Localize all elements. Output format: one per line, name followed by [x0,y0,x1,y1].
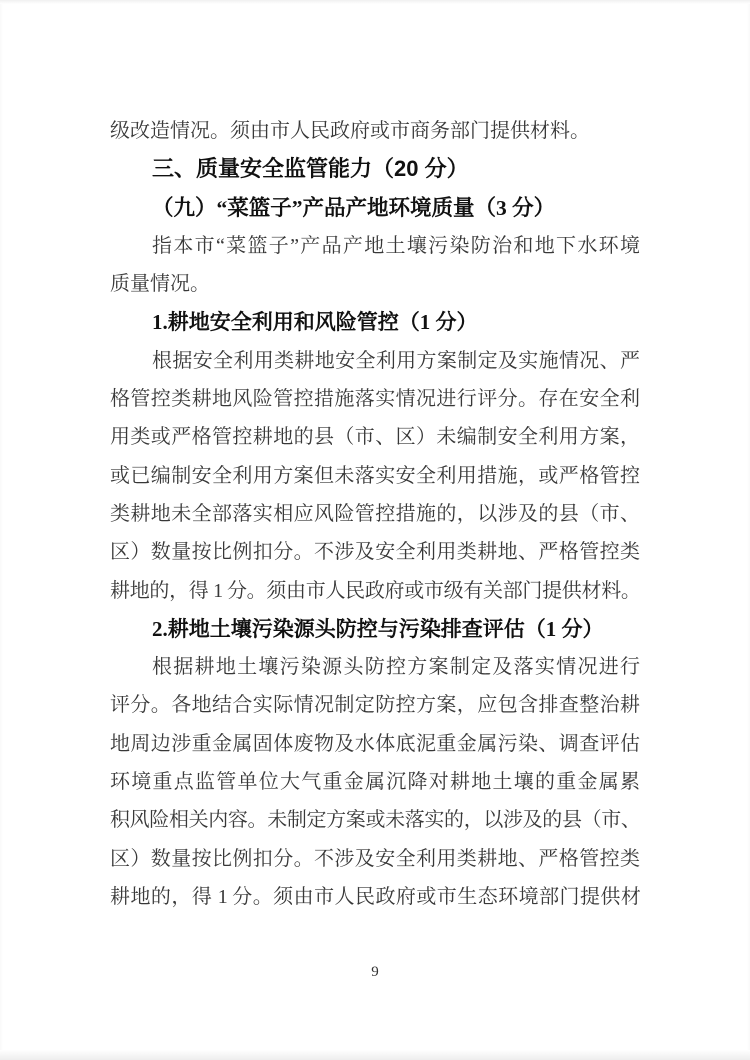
document-page: 级改造情况。须由市人民政府或市商务部门提供材料。 三、质量安全监管能力（20 分… [0,0,750,1060]
page-bottom-edge [0,1050,750,1060]
page-number: 9 [0,964,750,981]
paragraph-line: 耕地的，得 1 分。须由市人民政府或市生态环境部门提供材 [110,878,640,916]
paragraph-line: 质量情况。 [110,265,640,303]
paragraph-line: 区）数量按比例扣分。不涉及安全利用类耕地、严格管控类 [110,533,640,571]
paragraph-line: 类耕地未全部落实相应风险管控措施的，以涉及的县（市、 [110,495,640,533]
paragraph-line: 根据安全利用类耕地安全利用方案制定及实施情况、严 [110,342,640,380]
paragraph-line: 级改造情况。须由市人民政府或市商务部门提供材料。 [110,112,640,150]
paragraph-line: 区）数量按比例扣分。不涉及安全利用类耕地、严格管控类 [110,840,640,878]
section-heading: 三、质量安全监管能力（20 分） [110,150,640,188]
paragraph-line: 积风险相关内容。未制定方案或未落实的，以涉及的县（市、 [110,801,640,839]
paragraph-line: 指本市“菜篮子”产品产地土壤污染防治和地下水环境 [110,227,640,265]
paragraph-line: 环境重点监管单位大气重金属沉降对耕地土壤的重金属累 [110,763,640,801]
paragraph-line: 耕地的，得 1 分。须由市人民政府或市级有关部门提供材料。 [110,572,640,610]
item-heading: 2.耕地土壤污染源头防控与污染排查评估（1 分） [110,610,640,648]
page-top-edge [0,0,750,4]
paragraph-line: 地周边涉重金属固体废物及水体底泥重金属污染、调查评估 [110,725,640,763]
item-heading: 1.耕地安全利用和风险管控（1 分） [110,303,640,341]
paragraph-line: 格管控类耕地风险管控措施落实情况进行评分。存在安全利 [110,380,640,418]
subsection-heading: （九）“菜篮子”产品产地环境质量（3 分） [110,189,640,227]
paragraph-line: 或已编制安全利用方案但未落实安全利用措施，或严格管控 [110,457,640,495]
document-content: 级改造情况。须由市人民政府或市商务部门提供材料。 三、质量安全监管能力（20 分… [110,112,640,916]
paragraph-line: 评分。各地结合实际情况制定防控方案，应包含排查整治耕 [110,686,640,724]
paragraph-line: 根据耕地土壤污染源头防控方案制定及落实情况进行 [110,648,640,686]
paragraph-line: 用类或严格管控耕地的县（市、区）未编制安全利用方案， [110,418,640,456]
